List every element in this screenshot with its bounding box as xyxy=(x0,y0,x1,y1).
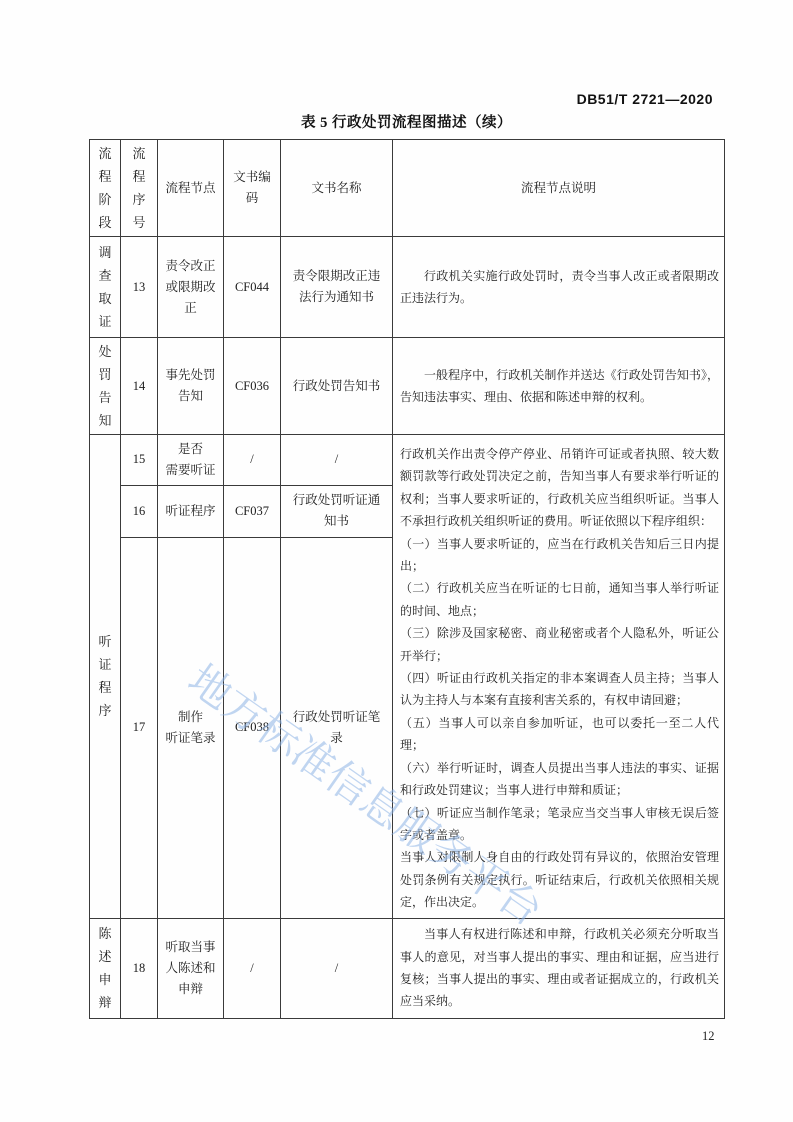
cell-r15-seq: 15 xyxy=(121,435,158,486)
cell-r13-stage: 调查取证 xyxy=(90,237,121,338)
col-header-docname: 文书名称 xyxy=(281,140,393,237)
stage-label-notice: 处罚告知 xyxy=(98,340,112,432)
page-number: 12 xyxy=(702,1029,715,1044)
stage-label-statement: 陈述申辩 xyxy=(98,922,112,1014)
cell-r17-docname: 行政处罚听证笔录 xyxy=(281,537,393,918)
col-header-stage: 流程阶段 xyxy=(90,140,121,237)
cell-r18-node: 听取当事人陈述和申辩 xyxy=(158,918,224,1018)
cell-r15-node: 是否 需要听证 xyxy=(158,435,224,486)
cell-r14-desc: 一般程序中，行政机关制作并送达《行政处罚告知书》，告知违法事实、理由、依据和陈述… xyxy=(393,338,725,435)
cell-r14-stage: 处罚告知 xyxy=(90,338,121,435)
table-row: 处罚告知 14 事先处罚告知 CF036 行政处罚告知书 一般程序中，行政机关制… xyxy=(90,338,725,435)
col-header-stage-label: 流程阶段 xyxy=(98,142,112,234)
cell-hearing-desc: 行政机关作出责令停产停业、吊销许可证或者执照、较大数额罚款等行政处罚决定之前，告… xyxy=(393,435,725,919)
col-header-node: 流程节点 xyxy=(158,140,224,237)
cell-r14-code: CF036 xyxy=(224,338,281,435)
cell-hearing-stage: 听证程序 xyxy=(90,435,121,919)
cell-r17-code: CF038 xyxy=(224,537,281,918)
cell-r13-desc: 行政机关实施行政处罚时，责令当事人改正或者限期改正违法行为。 xyxy=(393,237,725,338)
cell-r13-node: 责令改正或限期改正 xyxy=(158,237,224,338)
cell-r18-stage: 陈述申辩 xyxy=(90,918,121,1018)
cell-r13-docname: 责令限期改正违法行为通知书 xyxy=(281,237,393,338)
cell-r18-seq: 18 xyxy=(121,918,158,1018)
standard-number: DB51/T 2721—2020 xyxy=(577,91,713,107)
cell-r13-seq: 13 xyxy=(121,237,158,338)
cell-r16-seq: 16 xyxy=(121,485,158,537)
stage-label-hearing: 听证程序 xyxy=(98,630,112,722)
table-row: 听证程序 15 是否 需要听证 / / 行政机关作出责令停产停业、吊销许可证或者… xyxy=(90,435,725,486)
cell-r16-docname: 行政处罚听证通知书 xyxy=(281,485,393,537)
cell-r18-desc: 当事人有权进行陈述和申辩，行政机关必须充分听取当事人的意见，对当事人提出的事实、… xyxy=(393,918,725,1018)
col-header-code: 文书编码 xyxy=(224,140,281,237)
stage-label-investigation: 调查取证 xyxy=(98,241,112,333)
cell-r13-code: CF044 xyxy=(224,237,281,338)
cell-r14-node: 事先处罚告知 xyxy=(158,338,224,435)
table-title: 表 5 行政处罚流程图描述（续） xyxy=(89,111,724,132)
document-page: DB51/T 2721—2020 表 5 行政处罚流程图描述（续） 流程阶段 流… xyxy=(0,0,793,1122)
cell-r15-docname: / xyxy=(281,435,393,486)
cell-r15-code: / xyxy=(224,435,281,486)
cell-r16-code: CF037 xyxy=(224,485,281,537)
col-header-seq-label: 流程序号 xyxy=(132,142,146,234)
cell-r18-code: / xyxy=(224,918,281,1018)
cell-r16-node: 听证程序 xyxy=(158,485,224,537)
table-header-row: 流程阶段 流程序号 流程节点 文书编码 文书名称 流程节点说明 xyxy=(90,140,725,237)
cell-r17-seq: 17 xyxy=(121,537,158,918)
cell-r14-docname: 行政处罚告知书 xyxy=(281,338,393,435)
process-table: 流程阶段 流程序号 流程节点 文书编码 文书名称 流程节点说明 调查取证 13 … xyxy=(89,139,725,1019)
cell-r14-seq: 14 xyxy=(121,338,158,435)
col-header-desc: 流程节点说明 xyxy=(393,140,725,237)
col-header-seq: 流程序号 xyxy=(121,140,158,237)
cell-r18-docname: / xyxy=(281,918,393,1018)
table-row: 调查取证 13 责令改正或限期改正 CF044 责令限期改正违法行为通知书 行政… xyxy=(90,237,725,338)
table-row: 陈述申辩 18 听取当事人陈述和申辩 / / 当事人有权进行陈述和申辩，行政机关… xyxy=(90,918,725,1018)
cell-r17-node: 制作 听证笔录 xyxy=(158,537,224,918)
